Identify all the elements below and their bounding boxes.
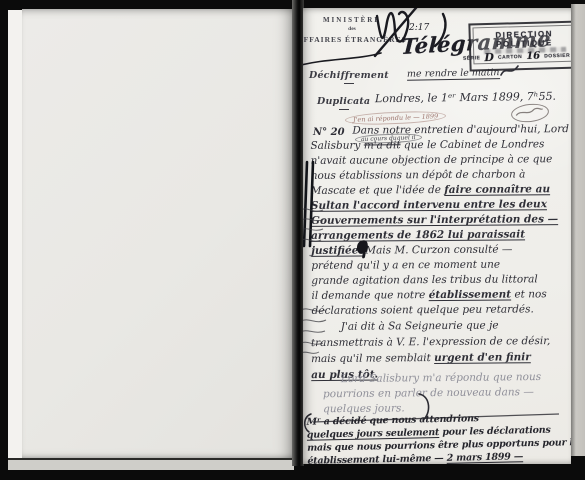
time-mark: 2:17 xyxy=(408,23,429,33)
line-segment-plain: Dans notre entretien d'aujourd'hui, Lord xyxy=(352,123,569,137)
line-segment-struck: m'a dit xyxy=(364,139,401,151)
stamp-serie-value: D xyxy=(484,54,494,60)
line-segment-underlined: Gouvernements sur l'interprétation des — xyxy=(311,213,558,227)
line-segment-underlined: urgent d'en finir xyxy=(434,351,531,364)
divider-dash xyxy=(344,83,354,84)
routing-note: me rendre le matin xyxy=(407,67,500,81)
scribble-icon xyxy=(511,103,546,120)
line-segment-plain: établissement lui-même — xyxy=(307,453,446,464)
right-page-edge xyxy=(571,4,585,456)
stamp-serie-label: SÉRIE xyxy=(463,55,481,61)
line-segment-plain: Mais M. Curzon consulté — xyxy=(362,243,512,256)
stamp-carton-value: 16 xyxy=(526,53,540,59)
margin-scribble xyxy=(303,204,325,252)
line-segment-plain: et nos xyxy=(511,288,547,300)
line-segment-plain: déclarations soient quelque peu retardés… xyxy=(312,303,534,317)
stamp-dossier-label: DOSSIER xyxy=(544,52,570,59)
line-segment-plain: n'avait aucune objection de principe à c… xyxy=(311,153,553,167)
body-line: déclarations soient quelque peu retardés… xyxy=(312,303,570,320)
left-page-bottom-edge xyxy=(8,458,294,470)
dechiffrement-text: Déchiffrement xyxy=(309,70,389,81)
line-segment-plain: Salisbury xyxy=(310,140,363,152)
line-segment-plain: Mascate et que l'idée de xyxy=(311,184,445,197)
duplicata-text: Duplicata xyxy=(317,96,370,107)
line-segment-plain: que le Cabinet de Londres xyxy=(401,138,545,151)
line-segment-underlined: 2 mars 1899 — xyxy=(447,451,524,464)
body-paragraph-1: Dans notre entretien d'aujourd'hui, Lord… xyxy=(310,123,569,320)
circled-scribble xyxy=(510,102,550,124)
line-segment-underlined: établissement xyxy=(429,289,512,302)
line-segment-plain: mais qu'il me semblait xyxy=(311,352,434,365)
left-page-edge xyxy=(8,10,22,460)
line-segment-plain: Mʳ a décidé que nous attendrions xyxy=(306,413,479,428)
paraph-flourish xyxy=(499,64,521,78)
dateline: Londres, le 1ᵉʳ Mars 1899, 7ʰ55. xyxy=(375,90,556,106)
line-segment-plain: pour les déclarations xyxy=(439,425,551,438)
duplicata-label: Duplicata xyxy=(317,96,370,110)
left-page-blank xyxy=(22,9,292,458)
line-segment-underlined: arrangements de 1862 lui paraissait xyxy=(311,228,525,241)
line-segment-underlined: Sultan l'accord intervenu entre les deux xyxy=(311,198,547,212)
stamp-direction-politique: DIRECTION POLITIQUE xyxy=(475,28,571,49)
postscript-note: Mʳ a décidé que nous attendrions quelque… xyxy=(306,411,571,464)
line-segment-underlined: quelques jours seulement xyxy=(307,427,440,441)
stamp-carton-label: CARTON xyxy=(498,54,522,61)
line-segment-underlined: faire connaître au xyxy=(444,183,550,196)
dechiffrement-label: Déchiffrement xyxy=(309,70,389,84)
line-segment-plain: transmettrais à V. E. l'expression de ce… xyxy=(311,335,551,349)
line-segment-plain: il demande que notre xyxy=(311,289,428,302)
divider-dash xyxy=(339,109,349,110)
line-segment-plain: J'ai dit à Sa Seigneurie que je xyxy=(341,319,499,332)
line-segment-plain: nous établissions un dépôt de charbon à xyxy=(311,168,526,181)
line-segment-plain: prétend qu'il y a en ce moment une xyxy=(311,259,500,272)
line-segment-plain: Lord Salisbury m'a répondu que nous xyxy=(341,371,541,385)
line-segment-plain: grande agitation dans les tribus du litt… xyxy=(311,273,537,287)
archive-stamp-inner: DIRECTION POLITIQUE SÉRIE D CARTON 16 DO… xyxy=(472,24,571,64)
right-page: MINISTÈRE des AFFAIRES ÉTRANGÈRES 2:17 W… xyxy=(303,8,571,464)
scanned-document: MINISTÈRE des AFFAIRES ÉTRANGÈRES 2:17 W… xyxy=(0,0,585,480)
